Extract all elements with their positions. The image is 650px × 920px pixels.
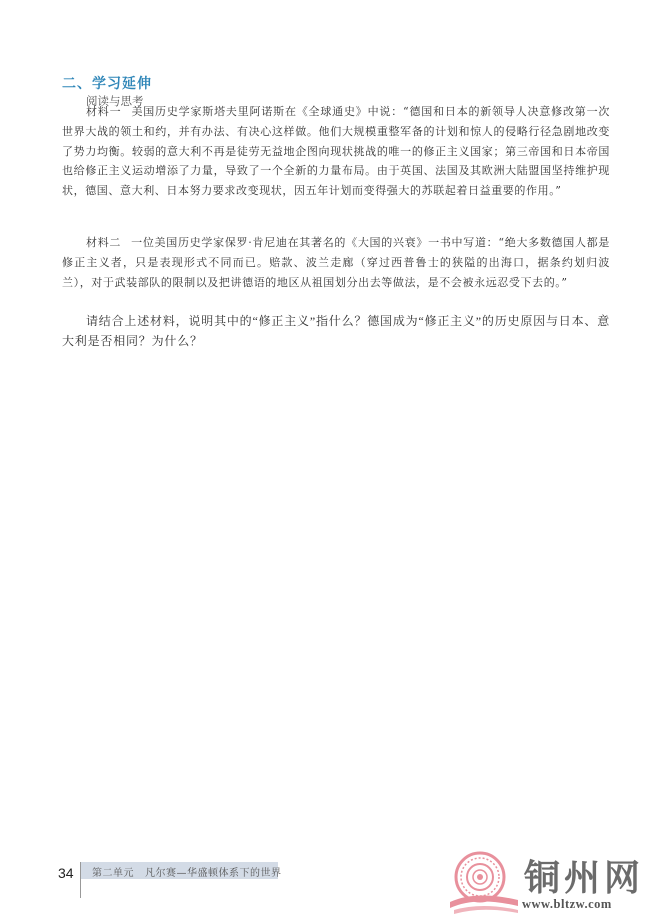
material-text: 美国历史学家斯塔夫里阿诺斯在《全球通史》中说：“德国和日本的新领导人决意修改第一… <box>62 105 610 197</box>
question-paragraph: 请结合上述材料，说明其中的“修正主义”指什么？德国成为“修正主义”的历史原因与日… <box>62 312 610 351</box>
material-label: 材料二 <box>86 236 121 249</box>
footer-unit-title: 第二单元 凡尔赛—华盛顿体系下的世界 <box>92 864 282 879</box>
watermark-url: www.bltzw.com <box>522 897 612 912</box>
page-number: 34 <box>58 865 74 881</box>
material-label: 材料一 <box>86 105 121 118</box>
watermark-name: 铜州网 <box>524 850 644 901</box>
material-text: 一位美国历史学家保罗·肯尼迪在其著名的《大国的兴衰》一书中写道：“绝大多数德国人… <box>62 236 610 289</box>
seal-emblem-icon <box>446 850 522 916</box>
section-title: 二、学习延伸 <box>62 73 152 93</box>
material-paragraph-2: 材料二一位美国历史学家保罗·肯尼迪在其著名的《大国的兴衰》一书中写道：“绝大多数… <box>62 233 610 292</box>
watermark: 铜州网 www.bltzw.com <box>446 850 646 916</box>
material-paragraph-1: 材料一美国历史学家斯塔夫里阿诺斯在《全球通史》中说：“德国和日本的新领导人决意修… <box>62 102 610 201</box>
